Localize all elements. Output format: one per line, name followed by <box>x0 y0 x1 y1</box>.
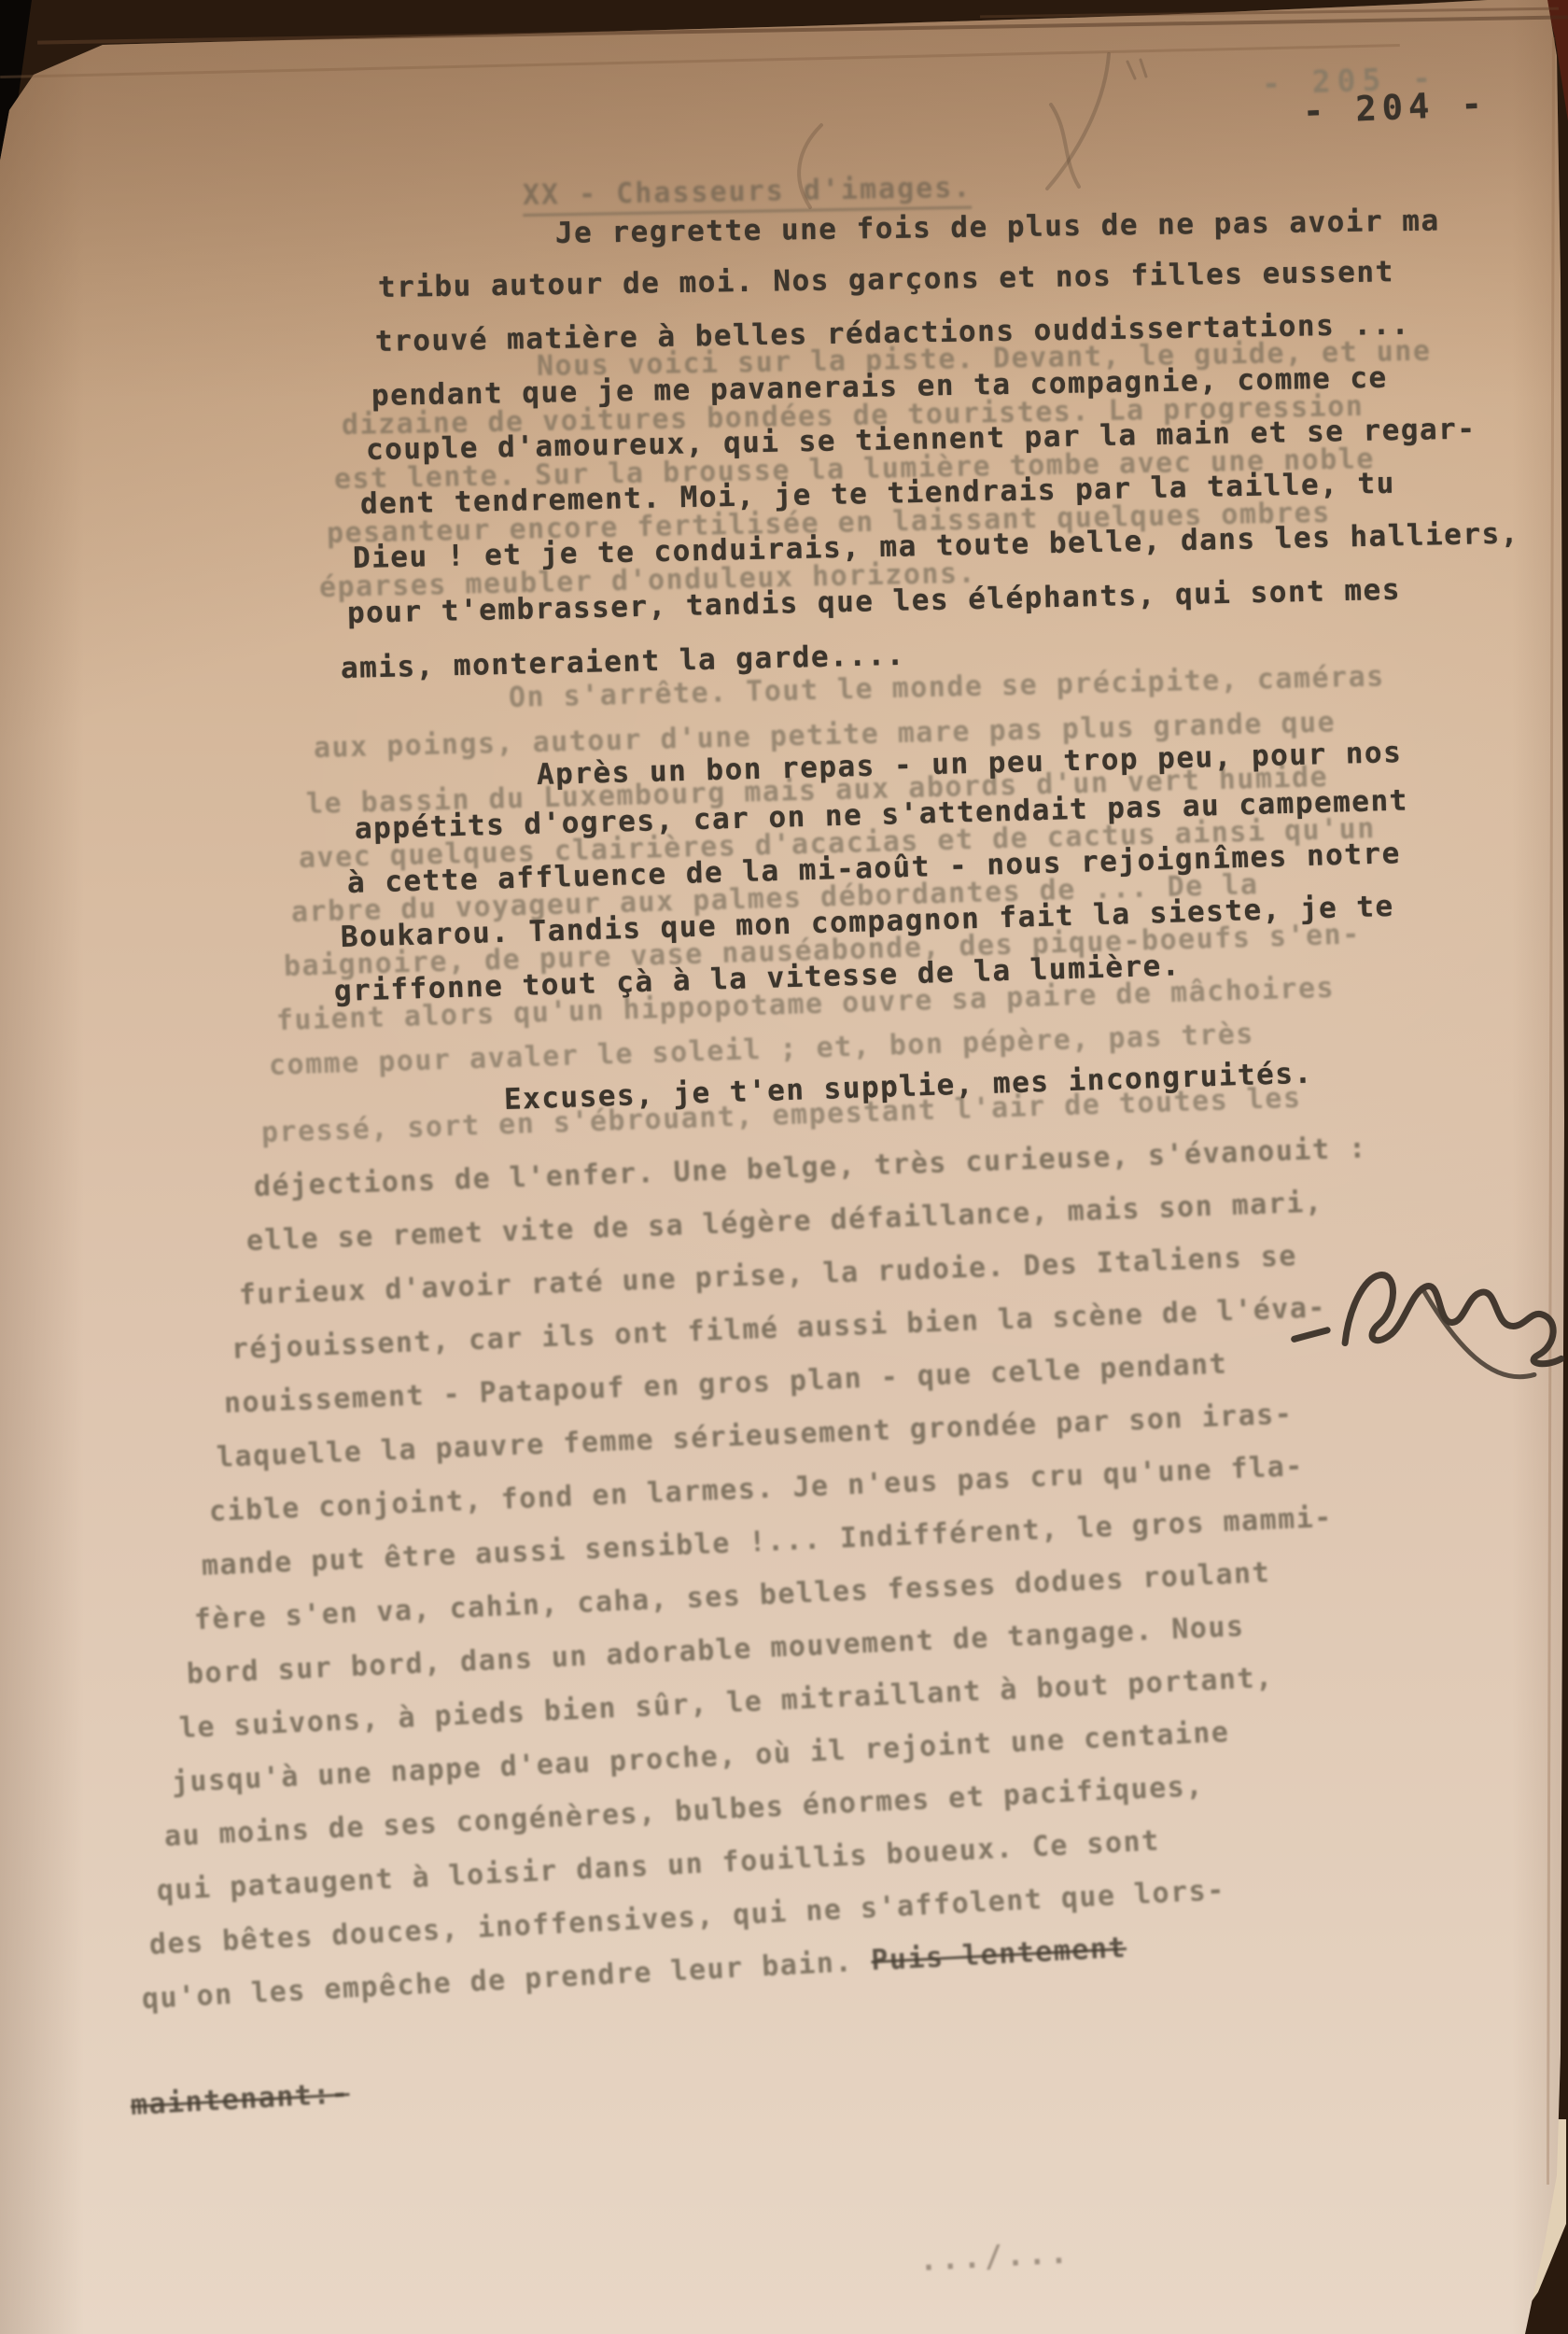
chapter-header-ghost: XX - Chasseurs d'images. <box>523 172 973 217</box>
pencil-mark-icon <box>782 121 838 218</box>
typed-line: tribu autour de moi. Nos garçons et nos … <box>378 255 1394 304</box>
signature-scribble-icon <box>1281 1224 1568 1426</box>
scanned-page-photo: - 205 - - 204 - XX - Chasseurs d'images.… <box>0 0 1568 2334</box>
pencil-mark-icon <box>1038 47 1169 218</box>
manuscript-page: - 205 - - 204 - XX - Chasseurs d'images.… <box>0 0 1568 2334</box>
page-number: - 204 - <box>1302 83 1489 132</box>
continuation-mark: .../... <box>918 2235 1072 2278</box>
crossed-out-word: maintenant:- <box>130 2077 350 2122</box>
crossed-out-word: Puis lentement <box>870 1932 1127 1977</box>
